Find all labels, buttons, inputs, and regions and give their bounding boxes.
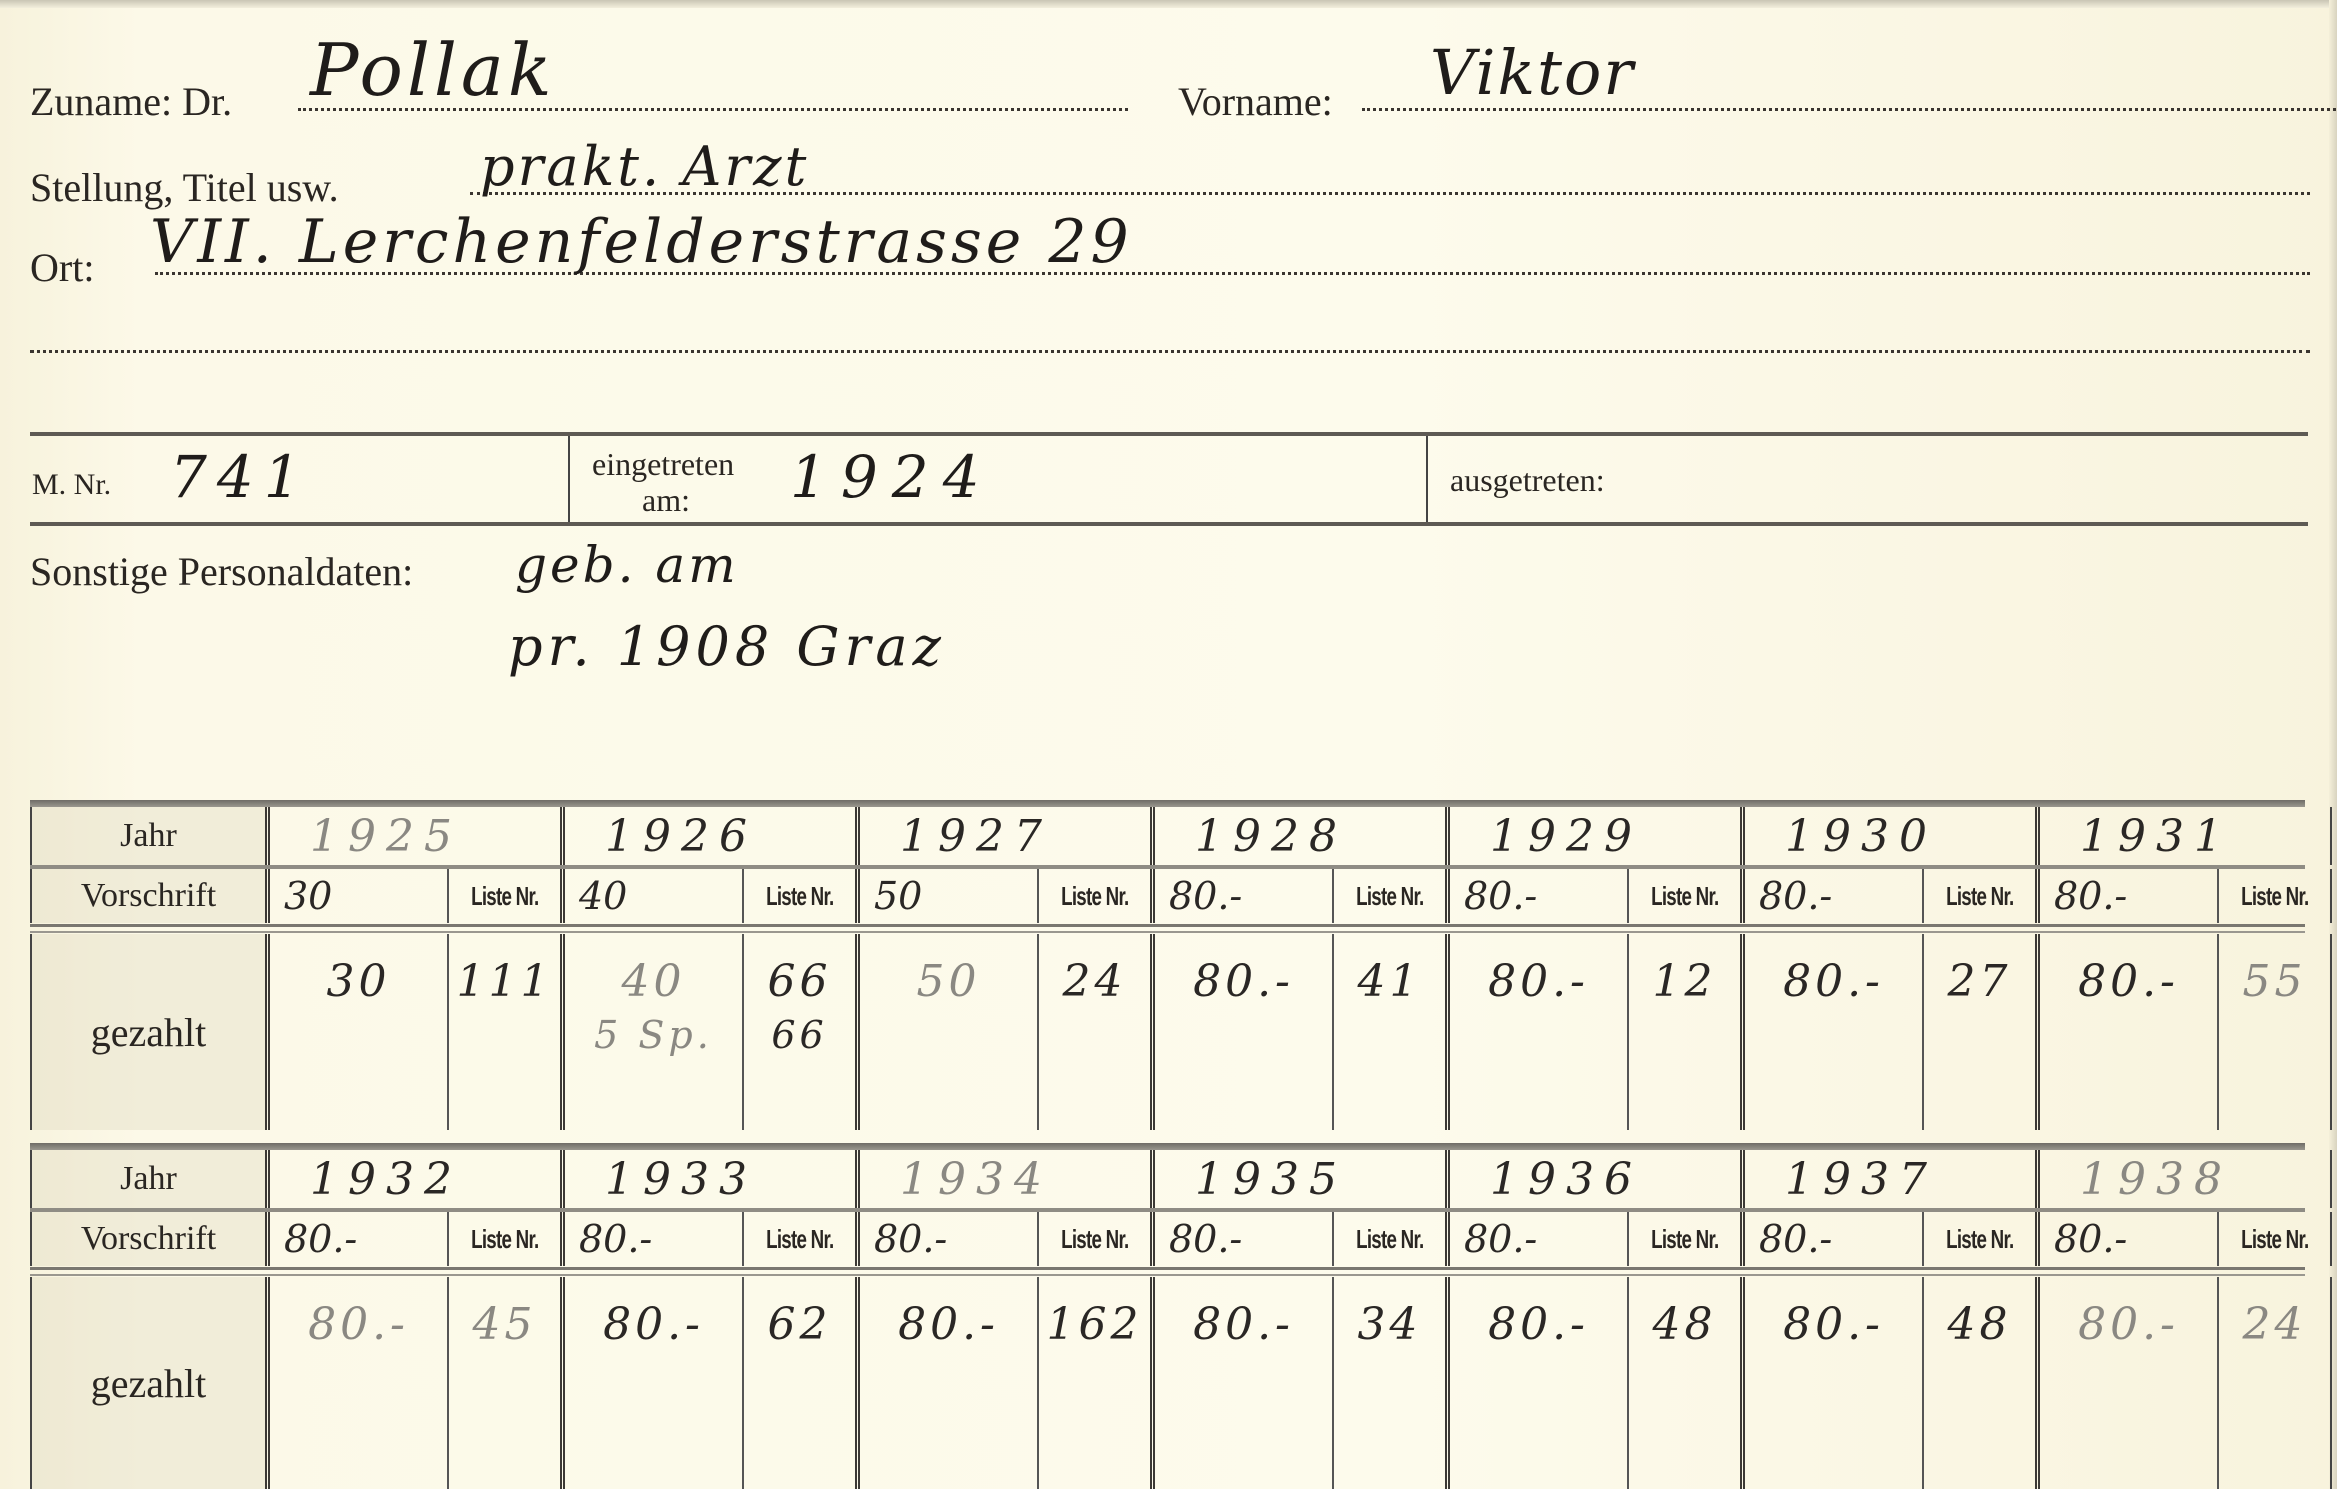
ort-label: Ort: — [30, 248, 94, 288]
vorschrift-cell: 80.- — [1740, 1212, 1922, 1266]
year-cell: 1933 — [560, 1150, 855, 1208]
liste-nr-cell: 162 — [1037, 1277, 1150, 1489]
liste-nr-cell: 48 — [1627, 1277, 1740, 1489]
vorschrift-label: Vorschrift — [30, 869, 265, 923]
year-cell: 1929 — [1445, 807, 1740, 865]
gezahlt-cell: 80.- — [1740, 1277, 1922, 1489]
year-cell: 1930 — [1740, 807, 2035, 865]
vorschrift-label: Vorschrift — [30, 1212, 265, 1266]
vorschrift-cell: 80.- — [265, 1212, 447, 1266]
gezahlt-cell: 80.- — [265, 1277, 447, 1489]
gezahlt-amount: 80.- — [2078, 956, 2179, 1007]
liste-nr-label: Liste Nr. — [2241, 1224, 2308, 1255]
liste-nr-header: Liste Nr. — [1037, 869, 1150, 923]
vorname-label: Vorname: — [1178, 82, 1333, 122]
liste-nr-label: Liste Nr. — [1061, 881, 1128, 912]
liste-nr-header: Liste Nr. — [1922, 869, 2035, 923]
mnr-label: M. Nr. — [32, 470, 111, 500]
liste-nr-value: 48 — [1948, 1299, 2012, 1350]
membership-card: Zuname: Dr. Pollak Vorname: Viktor Stell… — [0, 0, 2337, 1489]
stellung-value: prakt. Arzt — [480, 140, 809, 194]
liste-nr-cell: 6666 — [742, 934, 855, 1130]
liste-nr-header: Liste Nr. — [1627, 1212, 1740, 1266]
stellung-label: Stellung, Titel usw. — [30, 168, 339, 208]
dues-table-1925-1931: Jahr 1925192619271928192919301931 Vorsch… — [30, 800, 2305, 1130]
gezahlt-amount: 80.- — [1488, 1299, 1589, 1350]
liste-nr-header: Liste Nr. — [447, 1212, 560, 1266]
liste-nr-header: Liste Nr. — [2217, 1212, 2330, 1266]
gezahlt-cell: 405 Sp. — [560, 934, 742, 1130]
row-gezahlt: gezahlt 80.-4580.-6280.-16280.-3480.-488… — [30, 1277, 2305, 1489]
liste-nr-cell: 111 — [447, 934, 560, 1130]
liste-nr-header: Liste Nr. — [742, 869, 855, 923]
year-cell: 1935 — [1150, 1150, 1445, 1208]
personal-line-2: pr. 1908 Graz — [508, 620, 946, 674]
jahr-label: Jahr — [30, 807, 265, 865]
gezahlt-note: 5 Sp. — [565, 1013, 742, 1057]
liste-nr-label: Liste Nr. — [1946, 881, 2013, 912]
gezahlt-cell: 80.- — [855, 1277, 1037, 1489]
year-cell: 1931 — [2035, 807, 2330, 865]
vorname-value: Viktor — [1430, 42, 1635, 104]
ort-value: VII. Lerchenfelderstrasse 29 — [150, 212, 1133, 272]
membership-bottom-rule — [30, 522, 2308, 526]
gezahlt-cell: 30 — [265, 934, 447, 1130]
liste-nr-label: Liste Nr. — [1356, 1224, 1423, 1255]
liste-nr-label: Liste Nr. — [471, 881, 538, 912]
row-vorschrift: Vorschrift 30Liste Nr.40Liste Nr.50Liste… — [30, 869, 2305, 923]
gezahlt-amount: 80.- — [1488, 956, 1589, 1007]
liste-nr-label: Liste Nr. — [471, 1224, 538, 1255]
liste-nr-label: Liste Nr. — [2241, 881, 2308, 912]
gezahlt-amount: 30 — [327, 956, 391, 1007]
gezahlt-amount: 80.- — [603, 1299, 704, 1350]
personal-label: Sonstige Personaldaten: — [30, 552, 413, 592]
table-top-rule — [30, 1143, 2305, 1150]
personal-line-1: geb. am — [515, 540, 739, 590]
gezahlt-cell: 80.- — [1445, 1277, 1627, 1489]
gezahlt-cell: 80.- — [2035, 934, 2217, 1130]
row-jahr: Jahr 1925192619271928192919301931 — [30, 807, 2305, 865]
table-top-rule — [30, 800, 2305, 807]
liste-nr-cell: 45 — [447, 1277, 560, 1489]
table-right-border — [2330, 1212, 2332, 1266]
gezahlt-amount: 80.- — [1193, 956, 1294, 1007]
row-double-rule — [30, 1267, 2305, 1276]
liste-nr-header: Liste Nr. — [447, 869, 560, 923]
row-gezahlt: gezahlt 30111405 Sp.6666502480.-4180.-12… — [30, 934, 2305, 1130]
gezahlt-amount: 50 — [917, 956, 981, 1007]
vorschrift-cell: 40 — [560, 869, 742, 923]
liste-nr-value: 62 — [768, 1299, 832, 1350]
gezahlt-label: gezahlt — [30, 1277, 265, 1489]
zuname-value: Pollak — [310, 34, 555, 106]
year-cell: 1927 — [855, 807, 1150, 865]
liste-nr-cell: 24 — [2217, 1277, 2330, 1489]
gezahlt-cell: 80.- — [1740, 934, 1922, 1130]
gezahlt-cell: 50 — [855, 934, 1037, 1130]
vorschrift-cell: 80.- — [1445, 869, 1627, 923]
liste-nr-value: 55 — [2243, 956, 2307, 1007]
liste-nr-label: Liste Nr. — [1651, 881, 1718, 912]
liste-nr-value-2: 66 — [744, 1013, 855, 1057]
vorschrift-cell: 80.- — [1150, 1212, 1332, 1266]
table-right-border — [2330, 934, 2332, 1130]
table-right-border — [2330, 1150, 2332, 1208]
vorschrift-cell: 80.- — [855, 1212, 1037, 1266]
table-right-border — [2330, 807, 2332, 865]
gezahlt-label: gezahlt — [30, 934, 265, 1130]
mnr-value: 741 — [170, 448, 311, 506]
liste-nr-header: Liste Nr. — [2217, 869, 2330, 923]
liste-nr-value: 162 — [1047, 1299, 1143, 1350]
membership-divider-2 — [1426, 436, 1428, 522]
liste-nr-cell: 34 — [1332, 1277, 1445, 1489]
vorschrift-cell: 80.- — [2035, 1212, 2217, 1266]
liste-nr-cell: 62 — [742, 1277, 855, 1489]
gezahlt-amount: 80.- — [1193, 1299, 1294, 1350]
year-cell: 1926 — [560, 807, 855, 865]
eingetreten-label: eingetreten — [592, 448, 734, 480]
vorschrift-cell: 30 — [265, 869, 447, 923]
liste-nr-header: Liste Nr. — [1627, 869, 1740, 923]
liste-nr-label: Liste Nr. — [766, 881, 833, 912]
liste-nr-cell: 12 — [1627, 934, 1740, 1130]
liste-nr-value: 34 — [1358, 1299, 1422, 1350]
year-cell: 1937 — [1740, 1150, 2035, 1208]
liste-nr-value: 45 — [473, 1299, 537, 1350]
vorschrift-cell: 80.- — [2035, 869, 2217, 923]
card-edge-top — [0, 0, 2337, 8]
blank-line — [30, 350, 2310, 353]
liste-nr-value: 48 — [1653, 1299, 1717, 1350]
liste-nr-value: 24 — [2243, 1299, 2307, 1350]
liste-nr-header: Liste Nr. — [1332, 1212, 1445, 1266]
liste-nr-cell: 27 — [1922, 934, 2035, 1130]
liste-nr-value: 111 — [457, 956, 553, 1007]
row-jahr: Jahr 1932193319341935193619371938 — [30, 1150, 2305, 1208]
dues-table-1932-1938: Jahr 1932193319341935193619371938 Vorsch… — [30, 1143, 2305, 1489]
liste-nr-label: Liste Nr. — [1651, 1224, 1718, 1255]
year-cell: 1934 — [855, 1150, 1150, 1208]
liste-nr-value: 66 — [768, 956, 832, 1007]
gezahlt-amount: 80.- — [308, 1299, 409, 1350]
liste-nr-cell: 48 — [1922, 1277, 2035, 1489]
liste-nr-label: Liste Nr. — [1356, 881, 1423, 912]
gezahlt-cell: 80.- — [1150, 934, 1332, 1130]
eingetreten-am-label: am: — [642, 484, 690, 516]
vorschrift-cell: 50 — [855, 869, 1037, 923]
vorschrift-cell: 80.- — [560, 1212, 742, 1266]
zuname-label: Zuname: Dr. — [30, 82, 232, 122]
year-cell: 1925 — [265, 807, 560, 865]
vorschrift-cell: 80.- — [1445, 1212, 1627, 1266]
gezahlt-amount: 80.- — [1783, 1299, 1884, 1350]
year-cell: 1938 — [2035, 1150, 2330, 1208]
row-vorschrift: Vorschrift 80.-Liste Nr.80.-Liste Nr.80.… — [30, 1212, 2305, 1266]
gezahlt-amount: 80.- — [1783, 956, 1884, 1007]
liste-nr-header: Liste Nr. — [1037, 1212, 1150, 1266]
liste-nr-header: Liste Nr. — [1922, 1212, 2035, 1266]
liste-nr-label: Liste Nr. — [1061, 1224, 1128, 1255]
gezahlt-cell: 80.- — [1445, 934, 1627, 1130]
gezahlt-amount: 80.- — [2078, 1299, 2179, 1350]
liste-nr-cell: 55 — [2217, 934, 2330, 1130]
liste-nr-label: Liste Nr. — [766, 1224, 833, 1255]
gezahlt-amount: 40 — [622, 956, 686, 1007]
gezahlt-amount: 80.- — [898, 1299, 999, 1350]
row-double-rule — [30, 924, 2305, 933]
liste-nr-value: 12 — [1653, 956, 1717, 1007]
gezahlt-cell: 80.- — [560, 1277, 742, 1489]
year-cell: 1932 — [265, 1150, 560, 1208]
membership-divider-1 — [568, 436, 570, 522]
liste-nr-label: Liste Nr. — [1946, 1224, 2013, 1255]
gezahlt-cell: 80.- — [2035, 1277, 2217, 1489]
year-cell: 1928 — [1150, 807, 1445, 865]
ausgetreten-label: ausgetreten: — [1450, 464, 1605, 496]
jahr-label: Jahr — [30, 1150, 265, 1208]
gezahlt-cell: 80.- — [1150, 1277, 1332, 1489]
liste-nr-header: Liste Nr. — [742, 1212, 855, 1266]
table-right-border — [2330, 1277, 2332, 1489]
membership-top-rule — [30, 432, 2308, 436]
eingetreten-value: 1924 — [790, 448, 994, 506]
liste-nr-value: 27 — [1948, 956, 2012, 1007]
vorschrift-cell: 80.- — [1150, 869, 1332, 923]
year-cell: 1936 — [1445, 1150, 1740, 1208]
table-right-border — [2330, 869, 2332, 923]
liste-nr-cell: 24 — [1037, 934, 1150, 1130]
liste-nr-header: Liste Nr. — [1332, 869, 1445, 923]
liste-nr-value: 41 — [1358, 956, 1422, 1007]
liste-nr-value: 24 — [1063, 956, 1127, 1007]
liste-nr-cell: 41 — [1332, 934, 1445, 1130]
vorschrift-cell: 80.- — [1740, 869, 1922, 923]
